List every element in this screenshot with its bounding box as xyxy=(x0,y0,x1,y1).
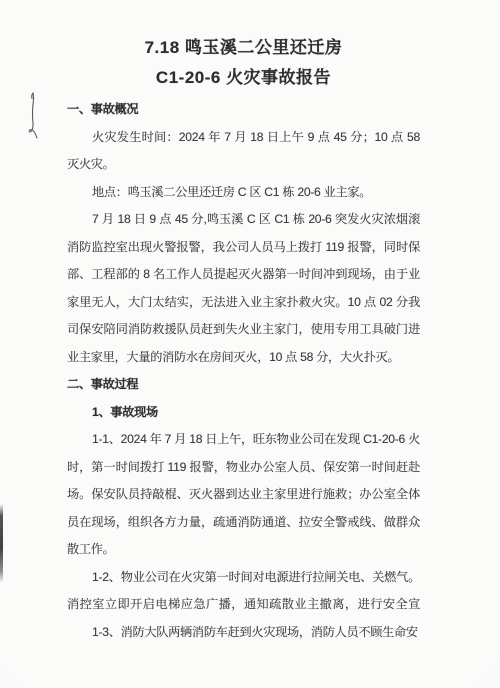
document-line: 消防监控室出现火警报警，我公司人员马上拨打 119 报警，同时保安 xyxy=(67,234,420,262)
document-body: 一、事故概况 火灾发生时间：2024 年 7 月 18 日上午 9 点 45 分… xyxy=(67,96,420,646)
section-heading: 一、事故概况 xyxy=(67,96,420,124)
document-line: 部、工程部的 8 名工作人员提起灭火器第一时间冲到现场，由于业主 xyxy=(67,261,420,289)
subsection-heading: 1、事故现场 xyxy=(67,399,420,427)
document-line: 散工作。 xyxy=(67,536,420,564)
ink-squiggle-mark xyxy=(25,91,41,141)
document-line: 家里无人，大门太结实，无法进入业主家扑救火灾。10 点 02 分我公 xyxy=(67,289,420,317)
document-line: 员在现场，组织各方力量，疏通消防通道、拉安全警戒线、做群众疏 xyxy=(67,509,420,537)
document-title-line2: C1-20-6 火灾事故报告 xyxy=(67,66,420,90)
document-line: 1-3、消防大队两辆消防车赶到火灾现场，消防人员不顾生命安 xyxy=(67,619,420,647)
document-line: 司保安陪同消防救援队员赶到失火业主家门，使用专用工具破门进入 xyxy=(67,316,420,344)
document-line: 1-2、物业公司在火灾第一时间对电源进行拉闸关电、关燃气。 xyxy=(67,564,420,592)
scan-edge-shadow xyxy=(0,504,3,583)
document-line: 灭火灾。 xyxy=(67,151,420,179)
section-heading: 二、事故过程 xyxy=(67,371,420,399)
document-title-line1: 7.18 鸣玉溪二公里还迁房 xyxy=(67,36,420,60)
document-line: 消控室立即开启电梯应急广播，通知疏散业主撤离，进行安全宣传。 xyxy=(67,591,420,619)
document-line: 地点：鸣玉溪二公里还迁房 C 区 C1 栋 20-6 业主家。 xyxy=(67,179,420,207)
document-line: 1-1、2024 年 7 月 18 日上午，旺东物业公司在发现 C1-20-6 … xyxy=(67,426,420,454)
document-line: 火灾发生时间：2024 年 7 月 18 日上午 9 点 45 分；10 点 5… xyxy=(67,124,420,152)
document-line: 7 月 18 日 9 点 45 分,鸣玉溪 C 区 C1 栋 20-6 突发火灾… xyxy=(67,206,420,234)
document-line: 业主家里，大量的消防水在房间灭火，10 点 58 分，大火扑灭。 xyxy=(67,344,420,372)
scanned-document-page: 7.18 鸣玉溪二公里还迁房 C1-20-6 火灾事故报告 一、事故概况 火灾发… xyxy=(0,0,500,688)
document-line: 时，第一时间拨打 119 报警，物业办公室人员、保安第一时间赶赴现 xyxy=(67,454,420,482)
document-line: 场。保安队员持敲棍、灭火器到达业主家里进行施救；办公室全体人 xyxy=(67,481,420,509)
